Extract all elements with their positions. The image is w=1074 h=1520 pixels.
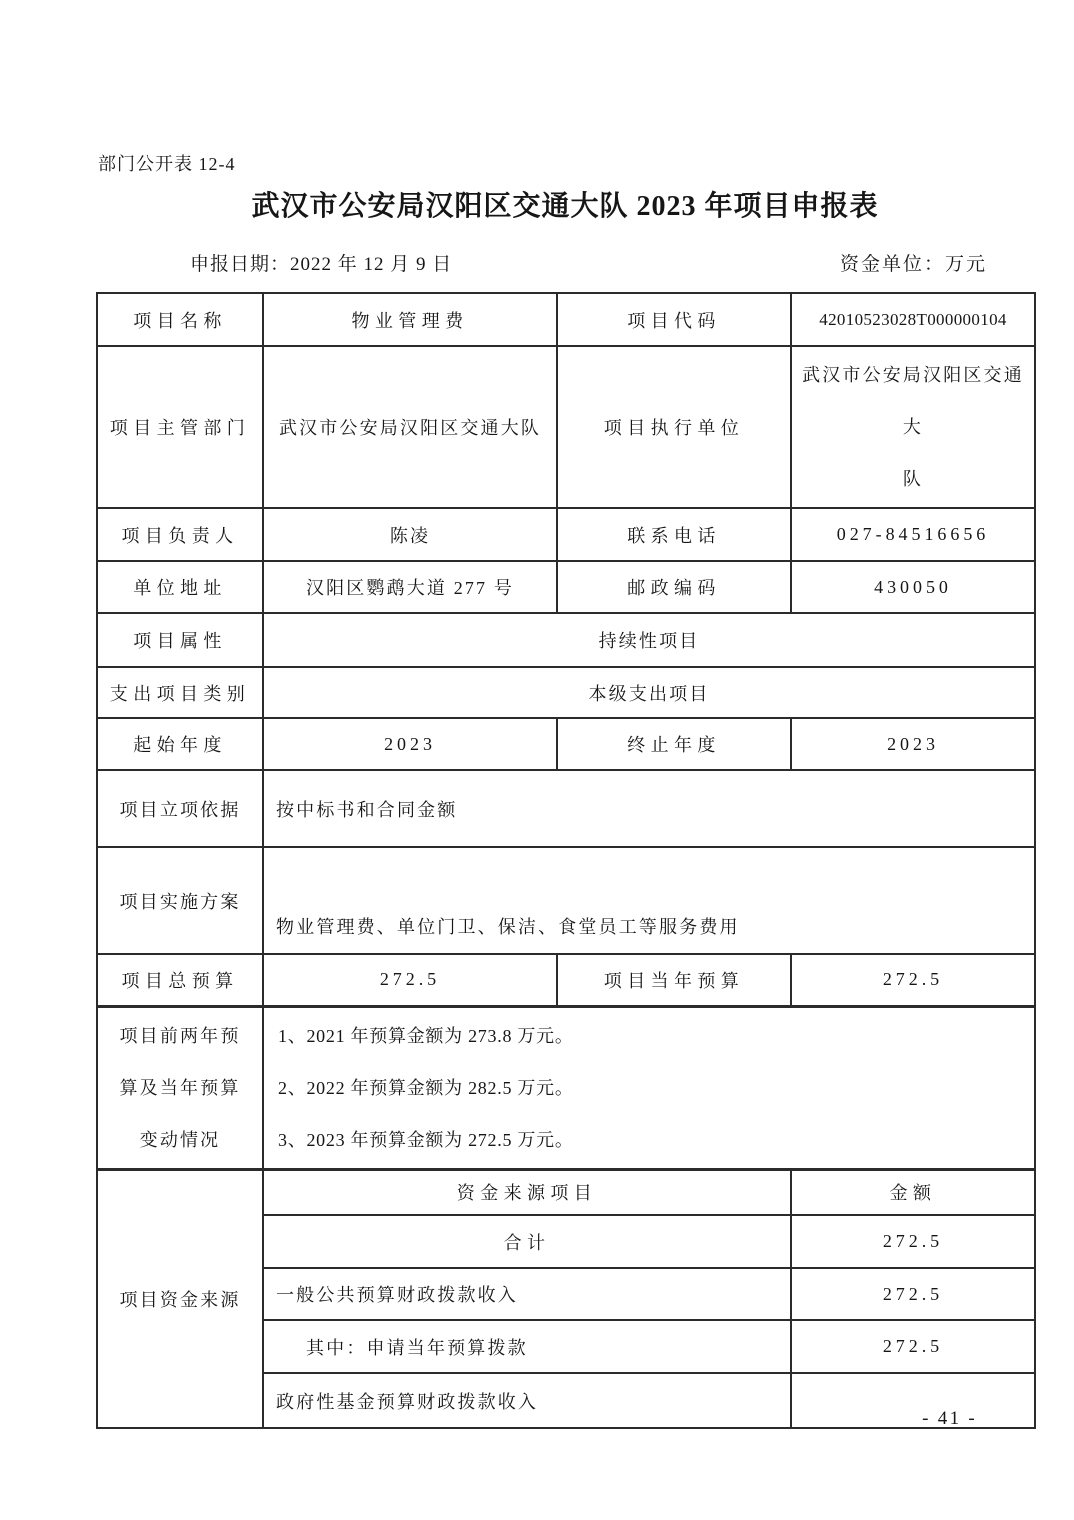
expenditure-category-label: 支出项目类别 [97,667,263,718]
budget-history-label: 项目前两年预 算及当年预算 变动情况 [97,1006,263,1169]
budget-history-value: 1、2021 年预算金额为 273.8 万元。 2、2022 年预算金额为 28… [263,1006,1035,1169]
funding-amount: 272.5 [791,1215,1035,1268]
page-number: - 41 - [96,1408,1034,1430]
project-code-value: 42010523028T000000104 [791,293,1035,346]
funding-header-row: 项目资金来源 资金来源项目 金额 [97,1169,1035,1215]
funding-section-label: 项目资金来源 [97,1169,263,1428]
unit-address-value: 汉阳区鹦鹉大道 277 号 [263,561,557,613]
project-name-label: 项目名称 [97,293,263,346]
funding-source: 其中：申请当年预算拨款 [263,1320,791,1373]
table-row: 项目总预算 272.5 项目当年预算 272.5 [97,954,1035,1006]
project-name-value: 物业管理费 [263,293,557,346]
total-budget-value: 272.5 [263,954,557,1006]
table-row: 支出项目类别 本级支出项目 [97,667,1035,718]
project-attribute-label: 项目属性 [97,613,263,667]
executing-unit-label: 项目执行单位 [557,346,791,508]
funding-amount: 272.5 [791,1268,1035,1320]
end-year-value: 2023 [791,718,1035,770]
page-title: 武汉市公安局汉阳区交通大队 2023 年项目申报表 [96,189,1034,225]
implementation-plan-label: 项目实施方案 [97,847,263,954]
table-row: 单位地址 汉阳区鹦鹉大道 277 号 邮政编码 430050 [97,561,1035,613]
end-year-label: 终止年度 [557,718,791,770]
total-budget-label: 项目总预算 [97,954,263,1006]
table-row: 项目负责人 陈凌 联系电话 027-84516656 [97,508,1035,561]
postal-code-value: 430050 [791,561,1035,613]
project-leader-label: 项目负责人 [97,508,263,561]
current-year-budget-label: 项目当年预算 [557,954,791,1006]
postal-code-label: 邮政编码 [557,561,791,613]
unit-address-label: 单位地址 [97,561,263,613]
funding-amount: 272.5 [791,1320,1035,1373]
supervisor-department-label: 项目主管部门 [97,346,263,508]
fund-unit: 资金单位：万元 [840,249,987,276]
table-row: 项目名称 物业管理费 项目代码 42010523028T000000104 [97,293,1035,346]
supervisor-department-value: 武汉市公安局汉阳区交通大队 [263,346,557,508]
executing-unit-value: 武汉市公安局汉阳区交通大 队 [791,346,1035,508]
project-code-label: 项目代码 [557,293,791,346]
table-row: 项目属性 持续性项目 [97,613,1035,667]
table-row: 项目前两年预 算及当年预算 变动情况 1、2021 年预算金额为 273.8 万… [97,1006,1035,1169]
expenditure-category-value: 本级支出项目 [263,667,1035,718]
contact-phone-label: 联系电话 [557,508,791,561]
start-year-label: 起始年度 [97,718,263,770]
implementation-plan-value: 物业管理费、单位门卫、保洁、食堂员工等服务费用 [263,847,1035,954]
declare-date: 申报日期：2022 年 12 月 9 日 [190,249,452,276]
table-row: 起始年度 2023 终止年度 2023 [97,718,1035,770]
table-row: 项目立项依据 按中标书和合同金额 [97,770,1035,847]
project-basis-value: 按中标书和合同金额 [263,770,1035,847]
funding-source: 一般公共预算财政拨款收入 [263,1268,791,1320]
meta-row: 申报日期：2022 年 12 月 9 日 资金单位：万元 [96,249,1034,276]
funding-source: 合计 [263,1215,791,1268]
current-year-budget-value: 272.5 [791,954,1035,1006]
project-leader-value: 陈凌 [263,508,557,561]
table-row: 项目主管部门 武汉市公安局汉阳区交通大队 项目执行单位 武汉市公安局汉阳区交通大… [97,346,1035,508]
doc-table-label: 部门公开表 12-4 [98,150,236,176]
funding-col-source: 资金来源项目 [263,1169,791,1215]
table-row: 项目实施方案 物业管理费、单位门卫、保洁、食堂员工等服务费用 [97,847,1035,954]
document-page: 部门公开表 12-4 武汉市公安局汉阳区交通大队 2023 年项目申报表 申报日… [0,0,1074,1520]
funding-col-amount: 金额 [791,1169,1035,1215]
project-attribute-value: 持续性项目 [263,613,1035,667]
project-basis-label: 项目立项依据 [97,770,263,847]
start-year-value: 2023 [263,718,557,770]
contact-phone-value: 027-84516656 [791,508,1035,561]
project-declaration-table: 项目名称 物业管理费 项目代码 42010523028T000000104 项目… [96,292,1036,1429]
